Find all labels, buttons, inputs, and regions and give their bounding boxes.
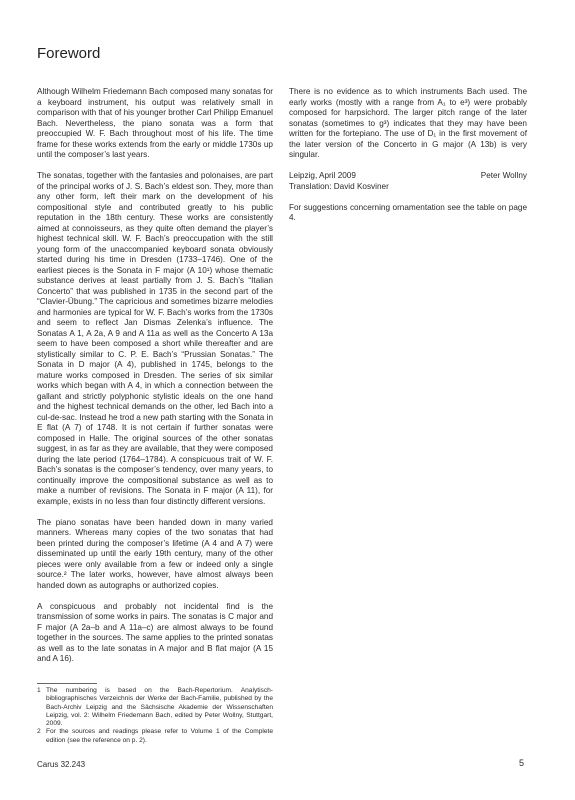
left-column: Although Wilhelm Friedemann Bach compose… — [37, 87, 273, 675]
footnote-divider — [37, 683, 97, 684]
footnotes: 1 The numbering is based on the Bach-Rep… — [37, 687, 273, 745]
paragraph: The piano sonatas have been handed down … — [37, 518, 273, 592]
page-number: 5 — [519, 758, 524, 768]
footnote-text: The numbering is based on the Bach-Reper… — [46, 687, 273, 728]
footnote-number: 2 — [37, 728, 46, 745]
footnote: 2 For the sources and readings please re… — [37, 728, 273, 745]
right-column: There is no evidence as to which instrum… — [289, 87, 527, 234]
paragraph: A conspicuous and probably not incidenta… — [37, 602, 273, 665]
paragraph: The sonatas, together with the fantasies… — [37, 171, 273, 507]
footnote-number: 1 — [37, 687, 46, 728]
author: Peter Wollny — [481, 171, 527, 182]
place-date: Leipzig, April 2009 — [289, 171, 356, 182]
footnote-text: For the sources and readings please refe… — [46, 728, 273, 745]
signature-line: Leipzig, April 2009 Peter Wollny — [289, 171, 527, 182]
page-title: Foreword — [37, 45, 100, 62]
footnote: 1 The numbering is based on the Bach-Rep… — [37, 687, 273, 728]
catalog-number: Carus 32.243 — [37, 760, 85, 769]
ornamentation-note: For suggestions concerning ornamentation… — [289, 203, 527, 224]
paragraph: There is no evidence as to which instrum… — [289, 87, 527, 161]
translator: Translation: David Kosviner — [289, 182, 527, 193]
paragraph: Although Wilhelm Friedemann Bach compose… — [37, 87, 273, 161]
